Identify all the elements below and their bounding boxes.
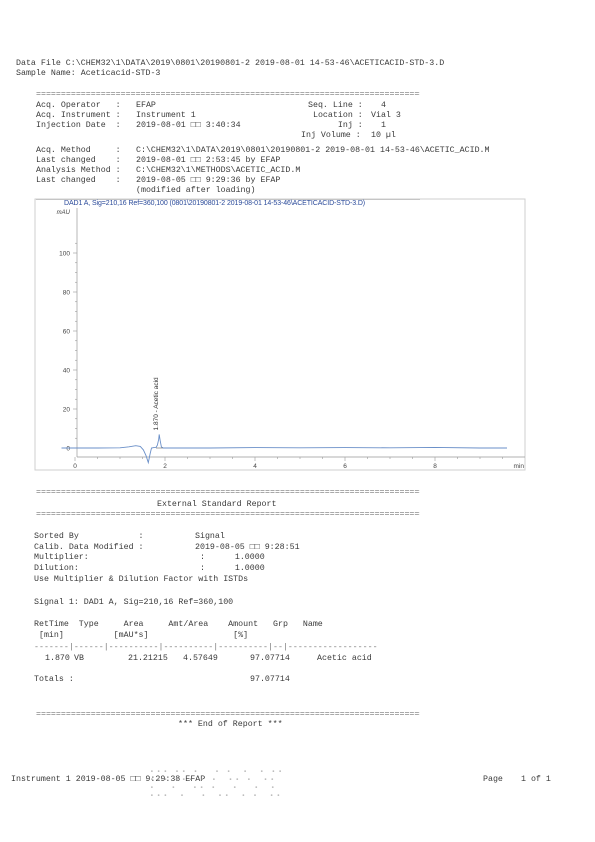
table-cell-amt-area: 4.57649 (183, 654, 218, 664)
param-label: Calib. Data Modified : (34, 543, 144, 553)
table-header-row-2: [min] [mAU*s] [%] (34, 631, 248, 641)
param-value: : 1.0000 (200, 564, 265, 574)
y-tick-label: 60 (63, 329, 71, 336)
x-tick-label: 4 (253, 463, 257, 470)
chart-frame (35, 199, 525, 470)
separator: ========================================… (36, 510, 420, 519)
y-tick-label: 80 (63, 290, 71, 297)
peak-annotation: 1.870 - Acetic acid (153, 377, 160, 430)
table-cell-type: VB (74, 654, 84, 664)
x-axis-label: min (514, 463, 525, 470)
istd-note: Use Multiplier & Dilution Factor with IS… (34, 575, 248, 585)
param-label: Multiplier: (34, 553, 89, 563)
table-cell-area: 21.21215 (128, 654, 168, 664)
footer-page-number: 1 of 1 (521, 775, 551, 784)
x-tick-label: 6 (343, 463, 347, 470)
table-cell-name: Acetic acid (317, 654, 372, 664)
footer-page-label: Page (483, 775, 503, 784)
param-value: : 1.0000 (200, 553, 265, 563)
watermark-dots: ∙∙∙ ∙∙ ∙ ∙ ∙ ∙ ∙ ∙∙ ∙∙∙ ∙∙∙ ∙ ∙ ∙∙ ∙ ∙∙ … (150, 768, 285, 800)
x-tick-label: 0 (73, 463, 77, 470)
report-title: External Standard Report (157, 500, 277, 510)
x-tick-label: 2 (163, 463, 167, 470)
y-tick-label: 20 (63, 407, 71, 414)
table-cell-amount: 97.07714 (250, 654, 290, 664)
table-header-row-1: RetTime Type Area Amt/Area Amount Grp Na… (34, 620, 323, 630)
param-label: Sorted By : (34, 532, 144, 542)
signal-trace (62, 434, 508, 462)
separator: ========================================… (36, 710, 420, 719)
table-cell-rettime: 1.870 (45, 654, 70, 664)
y-tick-label: 0 (66, 446, 70, 453)
totals-label: Totals : (34, 675, 74, 685)
y-tick-label: 100 (59, 251, 70, 258)
separator: ========================================… (36, 488, 420, 497)
x-tick-label: 8 (433, 463, 437, 470)
y-axis-label: mAU (57, 210, 71, 216)
param-value: 2019-08-05 □□ 9:28:51 (195, 543, 300, 553)
totals-value: 97.07714 (250, 675, 290, 685)
param-label: Dilution: (34, 564, 79, 574)
chromatogram-chart: 020406080100mAU02468min1.870 - Acetic ac… (0, 0, 595, 480)
y-tick-label: 40 (63, 368, 71, 375)
signal-description: Signal 1: DAD1 A, Sig=210,16 Ref=360,100 (34, 598, 233, 608)
table-rule: -------|------|----------|----------|---… (34, 643, 378, 653)
end-of-report: *** End of Report *** (178, 720, 283, 730)
param-value: Signal (195, 532, 225, 542)
